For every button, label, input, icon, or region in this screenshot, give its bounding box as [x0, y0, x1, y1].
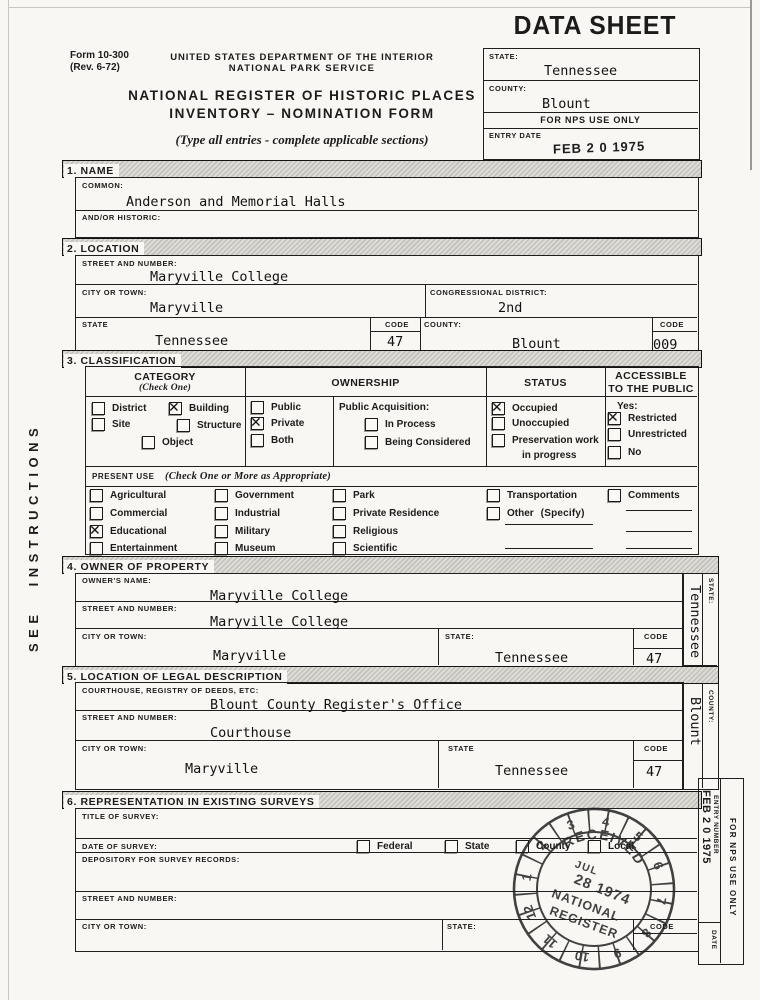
other-blank-1[interactable]: [505, 524, 593, 525]
s2-district-label: CONGRESSIONAL DISTRICT:: [430, 288, 547, 297]
label-industrial: Industrial: [235, 507, 280, 519]
label-private-residence: Private Residence: [353, 507, 439, 519]
topbox-state-label: STATE:: [489, 52, 518, 61]
section-1-number: 1.: [67, 165, 77, 177]
checkbox-structure[interactable]: [177, 419, 190, 432]
checkbox-entertainment[interactable]: [90, 542, 103, 555]
checkbox-commercial[interactable]: [90, 507, 103, 520]
scan-edge-right: [750, 0, 752, 170]
comments-blank-1[interactable]: [626, 510, 692, 511]
side-county-label: COUNTY:: [707, 690, 714, 723]
form-page: Form 10-300 (Rev. 6-72) UNITED STATES DE…: [0, 0, 760, 1000]
s4-street-label: STREET AND NUMBER:: [82, 604, 177, 613]
s5-city-label: CITY OR TOWN:: [82, 744, 147, 753]
scan-edge-top: [8, 7, 752, 8]
s2-code-label-1: CODE: [385, 320, 409, 329]
checkbox-private-residence[interactable]: [333, 507, 346, 520]
checkbox-restricted[interactable]: [608, 412, 621, 425]
s2-street-value[interactable]: Maryville College: [150, 269, 288, 285]
s4-state-value[interactable]: Tennessee: [495, 650, 568, 666]
s2-county-label: COUNTY:: [424, 320, 461, 329]
label-park: Park: [353, 489, 375, 501]
dial-number: 10: [574, 948, 591, 965]
label-religious: Religious: [353, 525, 398, 537]
topbox-county-value[interactable]: Blount: [542, 96, 591, 112]
label-other-specify: (Specify): [541, 507, 585, 519]
dial-number: 9: [611, 945, 623, 962]
s6-depository-label: DEPOSITORY FOR SURVEY RECORDS:: [82, 855, 240, 864]
section-2-title: LOCATION: [81, 243, 140, 255]
label-structure: Structure: [197, 419, 241, 431]
label-unoccupied: Unoccupied: [512, 417, 569, 429]
label-federal: Federal: [377, 840, 413, 852]
data-sheet-title: DATA SHEET: [510, 10, 681, 41]
agency-title: NATIONAL PARK SERVICE: [122, 63, 482, 74]
label-museum: Museum: [235, 542, 276, 554]
label-in-progress: in progress: [522, 449, 576, 461]
dial-number: 1: [519, 872, 535, 882]
other-blank-2[interactable]: [505, 548, 593, 549]
dial-number: 2: [533, 837, 549, 852]
checkbox-district[interactable]: [92, 402, 105, 415]
ownership-header: OWNERSHIP: [245, 377, 486, 389]
s4-state-label: STATE:: [445, 632, 474, 641]
s2-street-label: STREET AND NUMBER:: [82, 259, 177, 268]
s2-code-label-2: CODE: [660, 320, 684, 329]
checkbox-transportation[interactable]: [487, 489, 500, 502]
side-county-value: Blount: [687, 697, 703, 746]
checkbox-site[interactable]: [92, 418, 105, 431]
entry-number-label: ENTRY NUMBER: [712, 795, 719, 854]
label-preservation: Preservation work: [512, 434, 599, 446]
status-header: STATUS: [486, 377, 605, 389]
s2-state-code[interactable]: 47: [387, 334, 403, 350]
present-use-label: PRESENT USE: [92, 472, 155, 481]
checkbox-in-process[interactable]: [365, 418, 378, 431]
s5-city-value[interactable]: Maryville: [185, 761, 258, 777]
label-comments: Comments: [628, 489, 680, 501]
dial-number: 12: [520, 903, 539, 922]
s2-state-value[interactable]: Tennessee: [155, 333, 228, 349]
label-unrestricted: Unrestricted: [628, 428, 687, 440]
received-stamp: 4 5 6 7 8 9 10 11 12 1 2 3 RECEIVED JUL …: [504, 799, 684, 979]
dial-number: 7: [653, 896, 669, 906]
acquisition-label: Public Acquisition:: [339, 401, 429, 413]
label-transportation: Transportation: [507, 489, 577, 501]
section-4-bar: 4. OWNER OF PROPERTY: [62, 556, 719, 574]
s5-state-label: STATE: [448, 744, 474, 753]
checkbox-military[interactable]: [215, 525, 228, 538]
s4-code-label: CODE: [644, 632, 668, 641]
form-title-line2: INVENTORY – NOMINATION FORM: [92, 106, 512, 121]
form-title-line1: NATIONAL REGISTER OF HISTORIC PLACES: [92, 88, 512, 103]
section-4-box: [75, 573, 684, 667]
checkbox-building[interactable]: [169, 402, 182, 415]
section-1-title: NAME: [81, 165, 114, 177]
label-being-considered: Being Considered: [385, 436, 471, 448]
label-building: Building: [189, 402, 229, 414]
label-government: Government: [235, 489, 294, 501]
checkbox-comments[interactable]: [608, 489, 621, 502]
date-cell-label: DATE: [710, 930, 717, 950]
label-public: Public: [271, 401, 301, 413]
checkbox-preservation[interactable]: [492, 434, 505, 447]
scan-edge-left: [8, 0, 9, 1000]
see-instructions-note: SEE INSTRUCTIONS: [26, 423, 41, 652]
accessible-header-1: ACCESSIBLE: [605, 370, 697, 382]
present-use-subtitle: (Check One or More as Appropriate): [165, 471, 331, 482]
section-6-title: REPRESENTATION IN EXISTING SURVEYS: [81, 796, 315, 808]
s5-code-label: CODE: [644, 744, 668, 753]
label-both: Both: [271, 434, 294, 446]
s2-city-label: CITY OR TOWN:: [82, 288, 147, 297]
s6-date-label: DATE OF SURVEY:: [82, 842, 157, 851]
s6-title-label: TITLE OF SURVEY:: [82, 812, 159, 821]
entry-date-stamp: FEB 2 0 1975: [553, 138, 646, 156]
comments-blank-2[interactable]: [626, 531, 692, 532]
label-scientific: Scientific: [353, 542, 397, 554]
checkbox-both[interactable]: [251, 434, 264, 447]
topbox-entry-date-label: ENTRY DATE: [489, 131, 541, 140]
section-4-number: 4.: [67, 561, 77, 573]
dial-number: 6: [650, 860, 667, 872]
side-state-value: Tennessee: [687, 585, 703, 658]
checkbox-state[interactable]: [445, 840, 458, 853]
label-district: District: [112, 402, 146, 414]
topbox-state-value[interactable]: Tennessee: [544, 63, 617, 79]
s4-city-value[interactable]: Maryville: [213, 648, 286, 664]
checkbox-museum[interactable]: [215, 542, 228, 555]
section-1-bar: 1. NAME: [62, 160, 702, 178]
s4-city-label: CITY OR TOWN:: [82, 632, 147, 641]
checkbox-unoccupied[interactable]: [492, 417, 505, 430]
s5-street-value[interactable]: Courthouse: [210, 725, 291, 741]
label-other: Other: [507, 507, 534, 519]
category-subheader: (Check One): [85, 383, 245, 393]
s2-district-value[interactable]: 2nd: [498, 300, 522, 316]
s5-state-value[interactable]: Tennessee: [495, 763, 568, 779]
label-site: Site: [112, 418, 130, 430]
label-military: Military: [235, 525, 270, 537]
checkbox-religious[interactable]: [333, 525, 346, 538]
comments-blank-3[interactable]: [626, 548, 692, 549]
yes-label: Yes:: [617, 400, 638, 412]
label-state: State: [465, 840, 489, 852]
s4-code-value[interactable]: 47: [646, 651, 662, 667]
label-commercial: Commercial: [110, 507, 167, 519]
s5-street-label: STREET AND NUMBER:: [82, 713, 177, 722]
s6-city-label: CITY OR TOWN:: [82, 922, 147, 931]
label-restricted: Restricted: [628, 412, 677, 424]
s5-courthouse-value[interactable]: Blount County Register's Office: [210, 697, 462, 713]
checkbox-other[interactable]: [487, 507, 500, 520]
nps-only-label: FOR NPS USE ONLY: [728, 818, 737, 917]
checkbox-unrestricted[interactable]: [608, 428, 621, 441]
category-header: CATEGORY: [85, 371, 245, 383]
checkbox-federal[interactable]: [357, 840, 370, 853]
checkbox-educational[interactable]: [90, 525, 103, 538]
label-no: No: [628, 446, 641, 458]
s4-owner-label: OWNER'S NAME:: [82, 576, 151, 585]
common-label: COMMON:: [82, 181, 123, 190]
checkbox-park[interactable]: [333, 489, 346, 502]
s4-owner-value[interactable]: Maryville College: [210, 588, 348, 604]
section-4-title: OWNER OF PROPERTY: [81, 561, 210, 573]
s6-state-label: STATE:: [447, 922, 476, 931]
s2-state-label: STATE: [82, 320, 108, 329]
checkbox-government[interactable]: [215, 489, 228, 502]
form-revision: (Rev. 6-72): [70, 62, 120, 73]
label-object: Object: [162, 436, 193, 448]
topbox-county-label: COUNTY:: [489, 84, 526, 93]
topbox-nps-label: FOR NPS USE ONLY: [483, 115, 698, 125]
s5-code-value[interactable]: 47: [646, 764, 662, 780]
label-agricultural: Agricultural: [110, 489, 166, 501]
checkbox-scientific[interactable]: [333, 542, 346, 555]
label-educational: Educational: [110, 525, 167, 537]
s5-courthouse-label: COURTHOUSE, REGISTRY OF DEEDS, ETC:: [82, 686, 259, 695]
checkbox-private[interactable]: [251, 417, 264, 430]
checkbox-occupied[interactable]: [492, 402, 505, 415]
department-title: UNITED STATES DEPARTMENT OF THE INTERIOR: [122, 52, 482, 63]
checkbox-no[interactable]: [608, 446, 621, 459]
checkbox-being-considered[interactable]: [365, 436, 378, 449]
label-entertainment: Entertainment: [110, 542, 177, 554]
checkbox-object[interactable]: [142, 436, 155, 449]
label-occupied: Occupied: [512, 402, 558, 414]
common-value[interactable]: Anderson and Memorial Halls: [126, 194, 345, 210]
label-in-process: In Process: [385, 418, 436, 430]
entry-number-stamp: FEB 2 0 1975: [700, 790, 712, 864]
label-private: Private: [271, 417, 304, 429]
section-3-number: 3.: [67, 355, 77, 367]
s6-street-label: STREET AND NUMBER:: [82, 894, 177, 903]
form-number: Form 10-300: [70, 50, 129, 61]
checkbox-public[interactable]: [251, 401, 264, 414]
section-2-number: 2.: [67, 243, 77, 255]
section-6-number: 6.: [67, 796, 77, 808]
side-state-label: STATE:: [707, 578, 714, 604]
historic-label: AND/OR HISTORIC:: [82, 213, 161, 222]
checkbox-industrial[interactable]: [215, 507, 228, 520]
section-2-bar: 2. LOCATION: [62, 238, 702, 256]
form-instructions: (Type all entries - complete applicable …: [92, 132, 512, 148]
s4-street-value[interactable]: Maryville College: [210, 614, 348, 630]
dial-number: 8: [638, 925, 654, 940]
accessible-header-2: TO THE PUBLIC: [605, 383, 697, 395]
s2-city-value[interactable]: Maryville: [150, 300, 223, 316]
checkbox-agricultural[interactable]: [90, 489, 103, 502]
